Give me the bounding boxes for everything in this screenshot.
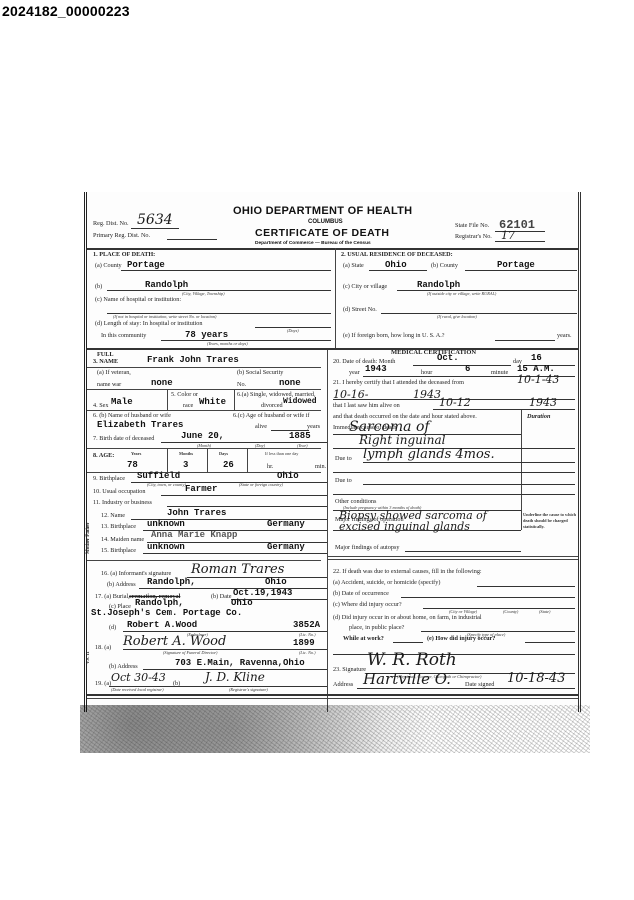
birthplace-hint-state: (State or foreign country) xyxy=(239,482,283,487)
where-hint-state: (State) xyxy=(539,609,550,614)
director-address-label: (b) Address xyxy=(109,663,138,670)
burial-label: 17. (a) Burial, xyxy=(95,593,130,600)
medical-cert-label: MEDICAL CERTIFICATION xyxy=(391,349,476,356)
spouse-age-label: 6.(c) Age of husband or wife if xyxy=(233,412,309,419)
where-hint-county: (County) xyxy=(503,609,518,614)
received-hint: (Date received local registrar) xyxy=(111,687,164,692)
how-label: (e) How did injury occur? xyxy=(427,635,495,642)
birthplace-label: 9. Birthplace xyxy=(93,475,125,482)
mother-maiden-value: Anna Marie Knapp xyxy=(151,530,237,540)
reg-dist-value: 5634 xyxy=(137,212,173,228)
informant-sig-label: 16. (a) Informant's signature xyxy=(101,570,171,577)
embalmer-label: (d) xyxy=(109,624,116,631)
birthplace-hint-city: (City, town, or county) xyxy=(147,482,186,487)
registrar-signature: J. D. Kline xyxy=(205,670,265,684)
age-days: 26 xyxy=(223,460,234,470)
hospital-hint: (If not in hospital or institution, writ… xyxy=(113,314,216,319)
father-birthplace-country: Germany xyxy=(267,519,305,529)
public-label: place, in public place? xyxy=(349,624,404,631)
res-street-hint: (If rural, give location) xyxy=(437,314,477,319)
hospital-label: (c) Name of hospital or institution: xyxy=(95,296,181,303)
duration-label: Duration xyxy=(527,413,550,420)
major-findings: Biopsy showed sarcoma of excised inguina… xyxy=(339,510,529,532)
father-name: John Trares xyxy=(167,508,226,518)
certificate-title: CERTIFICATE OF DEATH xyxy=(255,227,389,239)
reg-dist-label: Reg. Dist. No. xyxy=(93,220,129,227)
sex-label: 4. Sex xyxy=(93,402,108,409)
accident-label: (a) Accident, suicide, or homicide (spec… xyxy=(333,579,440,586)
spouse-value: Elizabeth Trares xyxy=(97,420,183,430)
birth-label: 7. Birth date of deceased xyxy=(93,435,154,442)
embalmer-name: Robert A.Wood xyxy=(127,620,197,630)
autopsy-label: Major findings of autopsy xyxy=(335,544,399,551)
registrar-sig-hint: (Registrar's signature) xyxy=(229,687,268,692)
director-label: 18. (a) xyxy=(95,644,111,651)
death-month: Oct. xyxy=(437,353,459,363)
external-causes-label: 22. If death was due to external causes,… xyxy=(333,568,482,575)
spouse-label: 6. (b) Name of husband or wife xyxy=(93,412,171,419)
industry-label: 11. Industry or business xyxy=(93,499,152,506)
mother-maiden-label: 14. Maiden name xyxy=(101,536,144,543)
registrar-label: Registrar's No. xyxy=(455,233,492,240)
due-to-1: lymph glands 4mos. xyxy=(363,447,495,462)
primary-reg-dist-label: Primary Reg. Dist. No. xyxy=(93,232,150,239)
certify-label: 21. I hereby certify that I attended the… xyxy=(333,379,464,386)
veteran-value: none xyxy=(151,378,173,388)
registrar-value: 17 xyxy=(501,229,515,242)
age-years: 78 xyxy=(127,460,138,470)
res-county-value: Portage xyxy=(497,260,535,270)
res-street-label: (d) Street No. xyxy=(343,306,377,313)
physician-signature: W. R. Roth xyxy=(367,650,457,670)
director-address: 703 E.Main, Ravenna,Ohio xyxy=(175,658,305,668)
physician-address-label: Address xyxy=(333,681,353,688)
age-header-years: Years xyxy=(131,451,141,456)
full-label: FULL xyxy=(97,351,114,358)
burial-place-city: Randolph, xyxy=(135,598,184,608)
last-saw-year: 1943 xyxy=(529,396,557,409)
veteran-name-label: name war xyxy=(97,381,121,388)
township-hint: (City, Village, Township) xyxy=(182,291,225,296)
divorced-label: divorced xyxy=(261,402,283,409)
res-state-label: (a) State xyxy=(343,262,364,269)
residence-label: 2. USUAL RESIDENCE OF DECEASED: xyxy=(341,251,453,258)
scan-noise-area xyxy=(80,705,590,753)
township-value: Randolph xyxy=(145,280,188,290)
community-value: 78 years xyxy=(185,330,228,340)
race-label: race xyxy=(183,402,193,409)
due-to-label-2: Due to xyxy=(335,477,352,484)
burial-place-state: Ohio xyxy=(231,598,253,608)
ss-value: none xyxy=(279,378,301,388)
due-to-label-1: Due to xyxy=(335,455,352,462)
attended-from: 10-1-43 xyxy=(517,373,559,386)
cemetery: St.Joseph's Cem. Portage Co. xyxy=(91,608,242,618)
date-signed-label: Date signed xyxy=(465,681,494,688)
informant-address-city: Randolph, xyxy=(147,577,196,587)
where-label: (c) Where did injury occur? xyxy=(333,601,402,608)
years-label: years xyxy=(307,423,320,430)
stay-label: (d) Length of stay: In hospital or insti… xyxy=(95,320,202,327)
informant-signature: Roman Trares xyxy=(191,562,284,577)
side-form-number: V.S. 11 xyxy=(85,651,90,664)
mother-birthplace-label: 15. Birthplace xyxy=(101,547,136,554)
last-saw-date: 10-12 xyxy=(439,396,471,409)
color-label: 5. Color or xyxy=(171,391,198,398)
stay-hint: (Days) xyxy=(287,328,299,333)
occupation-value: Farmer xyxy=(185,484,217,494)
township-b-label: (b) xyxy=(95,283,102,290)
mother-birthplace-city: unknown xyxy=(147,542,185,552)
director-lic-hint: (Lic. No.) xyxy=(299,650,316,655)
underline-hint: Underline the cause to which death shoul… xyxy=(523,512,577,530)
immediate-cause-2: Right inguinal xyxy=(359,433,445,447)
place-of-death-label: 1. PLACE OF DEATH: xyxy=(93,251,155,258)
death-day: 16 xyxy=(531,353,542,363)
embalmer-lic: 3852A xyxy=(293,620,320,630)
ss-no-label: No. xyxy=(237,381,246,388)
hr-label: hr. xyxy=(267,463,273,470)
burial-date: Oct.19,1943 xyxy=(233,588,292,598)
county-value: Portage xyxy=(127,260,165,270)
received-date: Oct 30-43 xyxy=(111,671,166,684)
side-father-mother-label: Mother Father xyxy=(86,522,91,554)
signature-label: 23. Signature xyxy=(333,666,366,673)
res-county-label: (b) County xyxy=(431,262,458,269)
name-label: 3. NAME xyxy=(93,358,118,365)
last-saw-label: that I last saw him alive on xyxy=(333,402,400,409)
birth-month-day: June 20, xyxy=(181,431,224,441)
res-city-value: Randolph xyxy=(417,280,460,290)
father-name-label: 12. Name xyxy=(101,512,125,519)
birthplace-state: Ohio xyxy=(277,471,299,481)
father-birthplace-label: 13. Birthplace xyxy=(101,523,136,530)
document-id: 2024182_00000223 xyxy=(2,3,130,19)
agency-title: OHIO DEPARTMENT OF HEALTH xyxy=(233,205,412,217)
community-hint: (Years, months or days) xyxy=(207,341,248,346)
death-certificate: Reg. Dist. No. 5634 Primary Reg. Dist. N… xyxy=(84,192,581,712)
embalmer-lic-hint: (Lic. No.) xyxy=(299,632,316,637)
res-city-label: (c) City or village xyxy=(343,283,387,290)
res-city-hint: (If outside city or village, write RURAL… xyxy=(427,291,496,296)
death-hour-label: hour xyxy=(421,369,432,376)
occupation-label: 10. Usual occupation xyxy=(93,488,145,495)
director-signature: Robert A. Wood xyxy=(123,634,226,649)
physician-address: Hartville O. xyxy=(363,670,451,688)
age-header-months: Months xyxy=(179,451,193,456)
mother-birthplace-country: Germany xyxy=(267,542,305,552)
burial-date-label: (b) Date xyxy=(211,593,231,600)
agency-city: COLUMBUS xyxy=(308,219,343,225)
date-signed: 10-18-43 xyxy=(507,671,565,686)
age-header-days: Days xyxy=(219,451,228,456)
work-label: While at work? xyxy=(343,635,384,642)
father-birthplace-city: unknown xyxy=(147,519,185,529)
certificate-subtitle: Department of Commerce — Bureau of the C… xyxy=(255,241,371,246)
state-file-label: State File No. xyxy=(455,222,489,229)
race-value: White xyxy=(199,397,226,407)
death-year-label: year xyxy=(349,369,360,376)
res-state-value: Ohio xyxy=(385,260,407,270)
home-label: (d) Did injury occur in or about home, o… xyxy=(333,614,482,621)
informant-address-label: (b) Address xyxy=(107,581,136,588)
death-year: 1943 xyxy=(365,364,387,374)
min-label: min. xyxy=(315,463,326,470)
res-foreign-suffix: years. xyxy=(557,332,572,339)
age-header-less-day: If less than one day xyxy=(265,451,298,456)
occurrence-label: (b) Date of occurrence xyxy=(333,590,389,597)
sex-value: Male xyxy=(111,397,133,407)
ss-label: (b) Social Security xyxy=(237,369,283,376)
res-foreign-label: (e) If foreign born, how long in U. S. A… xyxy=(343,332,445,339)
birthplace-city: Suffield xyxy=(137,471,180,481)
director-lic: 1899 xyxy=(293,638,315,648)
veteran-label: (a) If veteran, xyxy=(97,369,131,376)
marital-value: Widowed xyxy=(283,397,317,406)
community-label: In this community xyxy=(101,332,146,339)
age-label: 8. AGE: xyxy=(93,452,114,459)
alive-label: alive xyxy=(255,423,267,430)
death-hour: 6 xyxy=(465,364,470,374)
informant-address-state: Ohio xyxy=(265,577,287,587)
birth-year: 1885 xyxy=(289,431,311,441)
death-minute-label: minute xyxy=(491,369,508,376)
county-label: (a) County xyxy=(95,262,122,269)
director-hint: (Signature of Funeral Director) xyxy=(163,650,217,655)
other-conditions-label: Other conditions xyxy=(335,498,376,505)
deceased-name: Frank John Trares xyxy=(147,355,239,365)
age-months: 3 xyxy=(183,460,188,470)
